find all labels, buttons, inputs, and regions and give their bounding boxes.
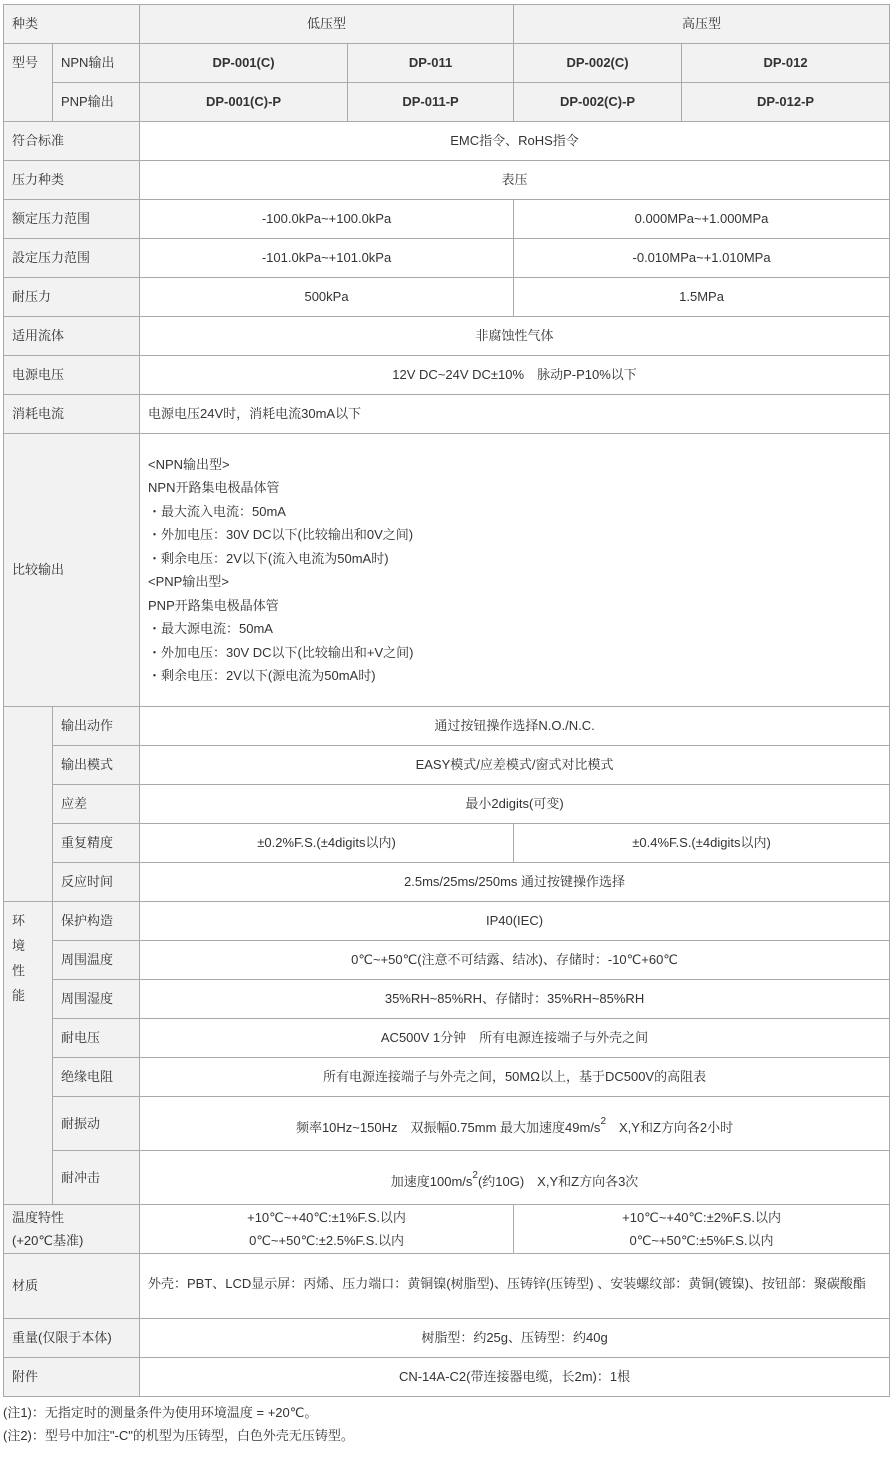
table-row-pressure-type: 压力种类 表压	[4, 161, 890, 200]
standard-value: EMC指令、RoHS指令	[140, 122, 890, 161]
compare-line: ・剩余电压：2V以下(流入电流为50mA时)	[148, 547, 881, 571]
compare-line: ・最大流入电流：50mA	[148, 500, 881, 524]
rated-range-low: -100.0kPa~+100.0kPa	[140, 200, 514, 239]
compare-line: ・外加电压：30V DC以下(比较输出和+V之间)	[148, 641, 881, 665]
table-row-output-mode: 输出模式 EASY模式/应差模式/窗式对比模式	[4, 746, 890, 785]
table-row-pnp: PNP输出 DP-001(C)-P DP-011-P DP-002(C)-P D…	[4, 83, 890, 122]
low-pressure-header: 低压型	[140, 5, 514, 44]
model-pnp-4: DP-012-P	[682, 83, 890, 122]
insulation-label: 绝缘电阻	[53, 1058, 140, 1097]
set-range-low: -101.0kPa~+101.0kPa	[140, 239, 514, 278]
output-mode-value: EASY模式/应差模式/窗式对比模式	[140, 746, 890, 785]
pnp-output-label: PNP输出	[53, 83, 140, 122]
temp-char-high: +10℃~+40℃:±2%F.S.以内 0℃~+50℃:±5%F.S.以内	[514, 1205, 890, 1254]
table-row-response-time: 反应时间 2.5ms/25ms/250ms 通过按键操作选择	[4, 863, 890, 902]
model-npn-3: DP-002(C)	[514, 44, 682, 83]
table-row-ambient-humidity: 周围湿度 35%RH~85%RH、存储时：35%RH~85%RH	[4, 980, 890, 1019]
compare-output-value: <NPN输出型> NPN开路集电极晶体管 ・最大流入电流：50mA ・外加电压：…	[140, 434, 890, 707]
compare-line: ・外加电压：30V DC以下(比较输出和0V之间)	[148, 523, 881, 547]
accessory-value: CN-14A-C2(带连接器电缆，长2m)：1根	[140, 1358, 890, 1397]
table-row-output-action: 输出动作 通过按钮操作选择N.O./N.C.	[4, 707, 890, 746]
table-row-current: 消耗电流 电源电压24V时，消耗电流30mA以下	[4, 395, 890, 434]
table-row-protection: 环 境 性 能 保护构造 IP40(IEC)	[4, 902, 890, 941]
temp-char-low: +10℃~+40℃:±1%F.S.以内 0℃~+50℃:±2.5%F.S.以内	[140, 1205, 514, 1254]
table-row-hysteresis: 应差 最小2digits(可变)	[4, 785, 890, 824]
output-mode-label: 输出模式	[53, 746, 140, 785]
table-row-npn: 型号 NPN输出 DP-001(C) DP-011 DP-002(C) DP-0…	[4, 44, 890, 83]
protection-label: 保护构造	[53, 902, 140, 941]
model-group-label: 型号	[4, 44, 53, 122]
material-label: 材质	[4, 1254, 140, 1319]
vibration-value: 频率10Hz~150Hz 双振幅0.75mm 最大加速度49m/s2 X,Y和Z…	[140, 1097, 890, 1151]
repeatability-label: 重复精度	[53, 824, 140, 863]
table-row-withstand: 耐压力 500kPa 1.5MPa	[4, 278, 890, 317]
table-row-dielectric: 耐电压 AC500V 1分钟 所有电源连接端子与外壳之间	[4, 1019, 890, 1058]
standard-label: 符合标准	[4, 122, 140, 161]
temp-char-label: 温度特性 (+20℃基准)	[4, 1205, 140, 1254]
ambient-temp-value: 0℃~+50℃(注意不可结露、结冰)、存储时：-10℃+60℃	[140, 941, 890, 980]
table-row-accessory: 附件 CN-14A-C2(带连接器电缆，长2m)：1根	[4, 1358, 890, 1397]
ambient-temp-label: 周围温度	[53, 941, 140, 980]
table-row-supply-voltage: 电源电压 12V DC~24V DC±10% 脉动P-P10%以下	[4, 356, 890, 395]
shock-value: 加速度100m/s2(约10G) X,Y和Z方向各3次	[140, 1151, 890, 1205]
table-row-type: 种类 低压型 高压型	[4, 5, 890, 44]
npn-output-label: NPN输出	[53, 44, 140, 83]
set-range-label: 設定压力范围	[4, 239, 140, 278]
model-npn-1: DP-001(C)	[140, 44, 348, 83]
model-npn-4: DP-012	[682, 44, 890, 83]
rated-range-label: 额定压力范围	[4, 200, 140, 239]
table-row-temp-char: 温度特性 (+20℃基准) +10℃~+40℃:±1%F.S.以内 0℃~+50…	[4, 1205, 890, 1254]
pressure-type-label: 压力种类	[4, 161, 140, 200]
hysteresis-value: 最小2digits(可变)	[140, 785, 890, 824]
environment-group-label: 环 境 性 能	[4, 902, 53, 1205]
table-row-insulation: 绝缘电阻 所有电源连接端子与外壳之间，50MΩ以上，基于DC500V的高阻表	[4, 1058, 890, 1097]
dielectric-value: AC500V 1分钟 所有电源连接端子与外壳之间	[140, 1019, 890, 1058]
vibration-label: 耐振动	[53, 1097, 140, 1151]
insulation-value: 所有电源连接端子与外壳之间，50MΩ以上，基于DC500V的高阻表	[140, 1058, 890, 1097]
set-range-high: -0.010MPa~+1.010MPa	[514, 239, 890, 278]
response-time-label: 反应时间	[53, 863, 140, 902]
type-label: 种类	[4, 5, 140, 44]
material-value: 外壳：PBT、LCD显示屏：丙烯、压力端口：黄铜镍(树脂型)、压铸锌(压铸型) …	[140, 1254, 890, 1319]
spec-sheet: 种类 低压型 高压型 型号 NPN输出 DP-001(C) DP-011 DP-…	[3, 4, 890, 1447]
rated-range-high: 0.000MPa~+1.000MPa	[514, 200, 890, 239]
output-action-label: 输出动作	[53, 707, 140, 746]
compare-line: ・最大源电流：50mA	[148, 617, 881, 641]
table-row-shock: 耐冲击 加速度100m/s2(约10G) X,Y和Z方向各3次	[4, 1151, 890, 1205]
compare-output-label: 比较输出	[4, 434, 140, 707]
hysteresis-label: 应差	[53, 785, 140, 824]
spec-table: 种类 低压型 高压型 型号 NPN输出 DP-001(C) DP-011 DP-…	[3, 4, 890, 1397]
table-row-weight: 重量(仅限于本体) 树脂型：约25g、压铸型：约40g	[4, 1319, 890, 1358]
ambient-humidity-label: 周围湿度	[53, 980, 140, 1019]
table-row-repeatability: 重复精度 ±0.2%F.S.(±4digits以内) ±0.4%F.S.(±4d…	[4, 824, 890, 863]
compare-line: PNP开路集电极晶体管	[148, 594, 881, 618]
footnote-1: (注1)：无指定时的测量条件为使用环境温度 = +20℃。	[3, 1401, 890, 1424]
compare-line: <NPN输出型>	[148, 453, 881, 477]
table-row-ambient-temp: 周围温度 0℃~+50℃(注意不可结露、结冰)、存储时：-10℃+60℃	[4, 941, 890, 980]
shock-label: 耐冲击	[53, 1151, 140, 1205]
fluid-value: 非腐蚀性气体	[140, 317, 890, 356]
withstand-low: 500kPa	[140, 278, 514, 317]
table-row-fluid: 适用流体 非腐蚀性气体	[4, 317, 890, 356]
high-pressure-header: 高压型	[514, 5, 890, 44]
withstand-label: 耐压力	[4, 278, 140, 317]
table-row-rated-range: 额定压力范围 -100.0kPa~+100.0kPa 0.000MPa~+1.0…	[4, 200, 890, 239]
response-time-value: 2.5ms/25ms/250ms 通过按键操作选择	[140, 863, 890, 902]
table-row-compare-output: 比较输出 <NPN输出型> NPN开路集电极晶体管 ・最大流入电流：50mA ・…	[4, 434, 890, 707]
model-pnp-3: DP-002(C)-P	[514, 83, 682, 122]
accessory-label: 附件	[4, 1358, 140, 1397]
table-row-material: 材质 外壳：PBT、LCD显示屏：丙烯、压力端口：黄铜镍(树脂型)、压铸锌(压铸…	[4, 1254, 890, 1319]
protection-value: IP40(IEC)	[140, 902, 890, 941]
model-pnp-1: DP-001(C)-P	[140, 83, 348, 122]
table-row-vibration: 耐振动 频率10Hz~150Hz 双振幅0.75mm 最大加速度49m/s2 X…	[4, 1097, 890, 1151]
ambient-humidity-value: 35%RH~85%RH、存储时：35%RH~85%RH	[140, 980, 890, 1019]
pressure-type-value: 表压	[140, 161, 890, 200]
weight-label: 重量(仅限于本体)	[4, 1319, 140, 1358]
withstand-high: 1.5MPa	[514, 278, 890, 317]
model-pnp-2: DP-011-P	[348, 83, 514, 122]
model-npn-2: DP-011	[348, 44, 514, 83]
fluid-label: 适用流体	[4, 317, 140, 356]
table-row-standard: 符合标准 EMC指令、RoHS指令	[4, 122, 890, 161]
supply-voltage-label: 电源电压	[4, 356, 140, 395]
output-action-value: 通过按钮操作选择N.O./N.C.	[140, 707, 890, 746]
current-label: 消耗电流	[4, 395, 140, 434]
repeatability-high: ±0.4%F.S.(±4digits以内)	[514, 824, 890, 863]
supply-voltage-value: 12V DC~24V DC±10% 脉动P-P10%以下	[140, 356, 890, 395]
dielectric-label: 耐电压	[53, 1019, 140, 1058]
compare-line: <PNP输出型>	[148, 570, 881, 594]
compare-line: NPN开路集电极晶体管	[148, 476, 881, 500]
weight-value: 树脂型：约25g、压铸型：约40g	[140, 1319, 890, 1358]
output-group-blank	[4, 707, 53, 902]
compare-line: ・剩余电压：2V以下(源电流为50mA时)	[148, 664, 881, 688]
repeatability-low: ±0.2%F.S.(±4digits以内)	[140, 824, 514, 863]
footnote-2: (注2)：型号中加注"-C"的机型为压铸型，白色外壳无压铸型。	[3, 1424, 890, 1447]
footnotes: (注1)：无指定时的测量条件为使用环境温度 = +20℃。 (注2)：型号中加注…	[3, 1401, 890, 1447]
current-value: 电源电压24V时，消耗电流30mA以下	[140, 395, 890, 434]
table-row-set-range: 設定压力范围 -101.0kPa~+101.0kPa -0.010MPa~+1.…	[4, 239, 890, 278]
